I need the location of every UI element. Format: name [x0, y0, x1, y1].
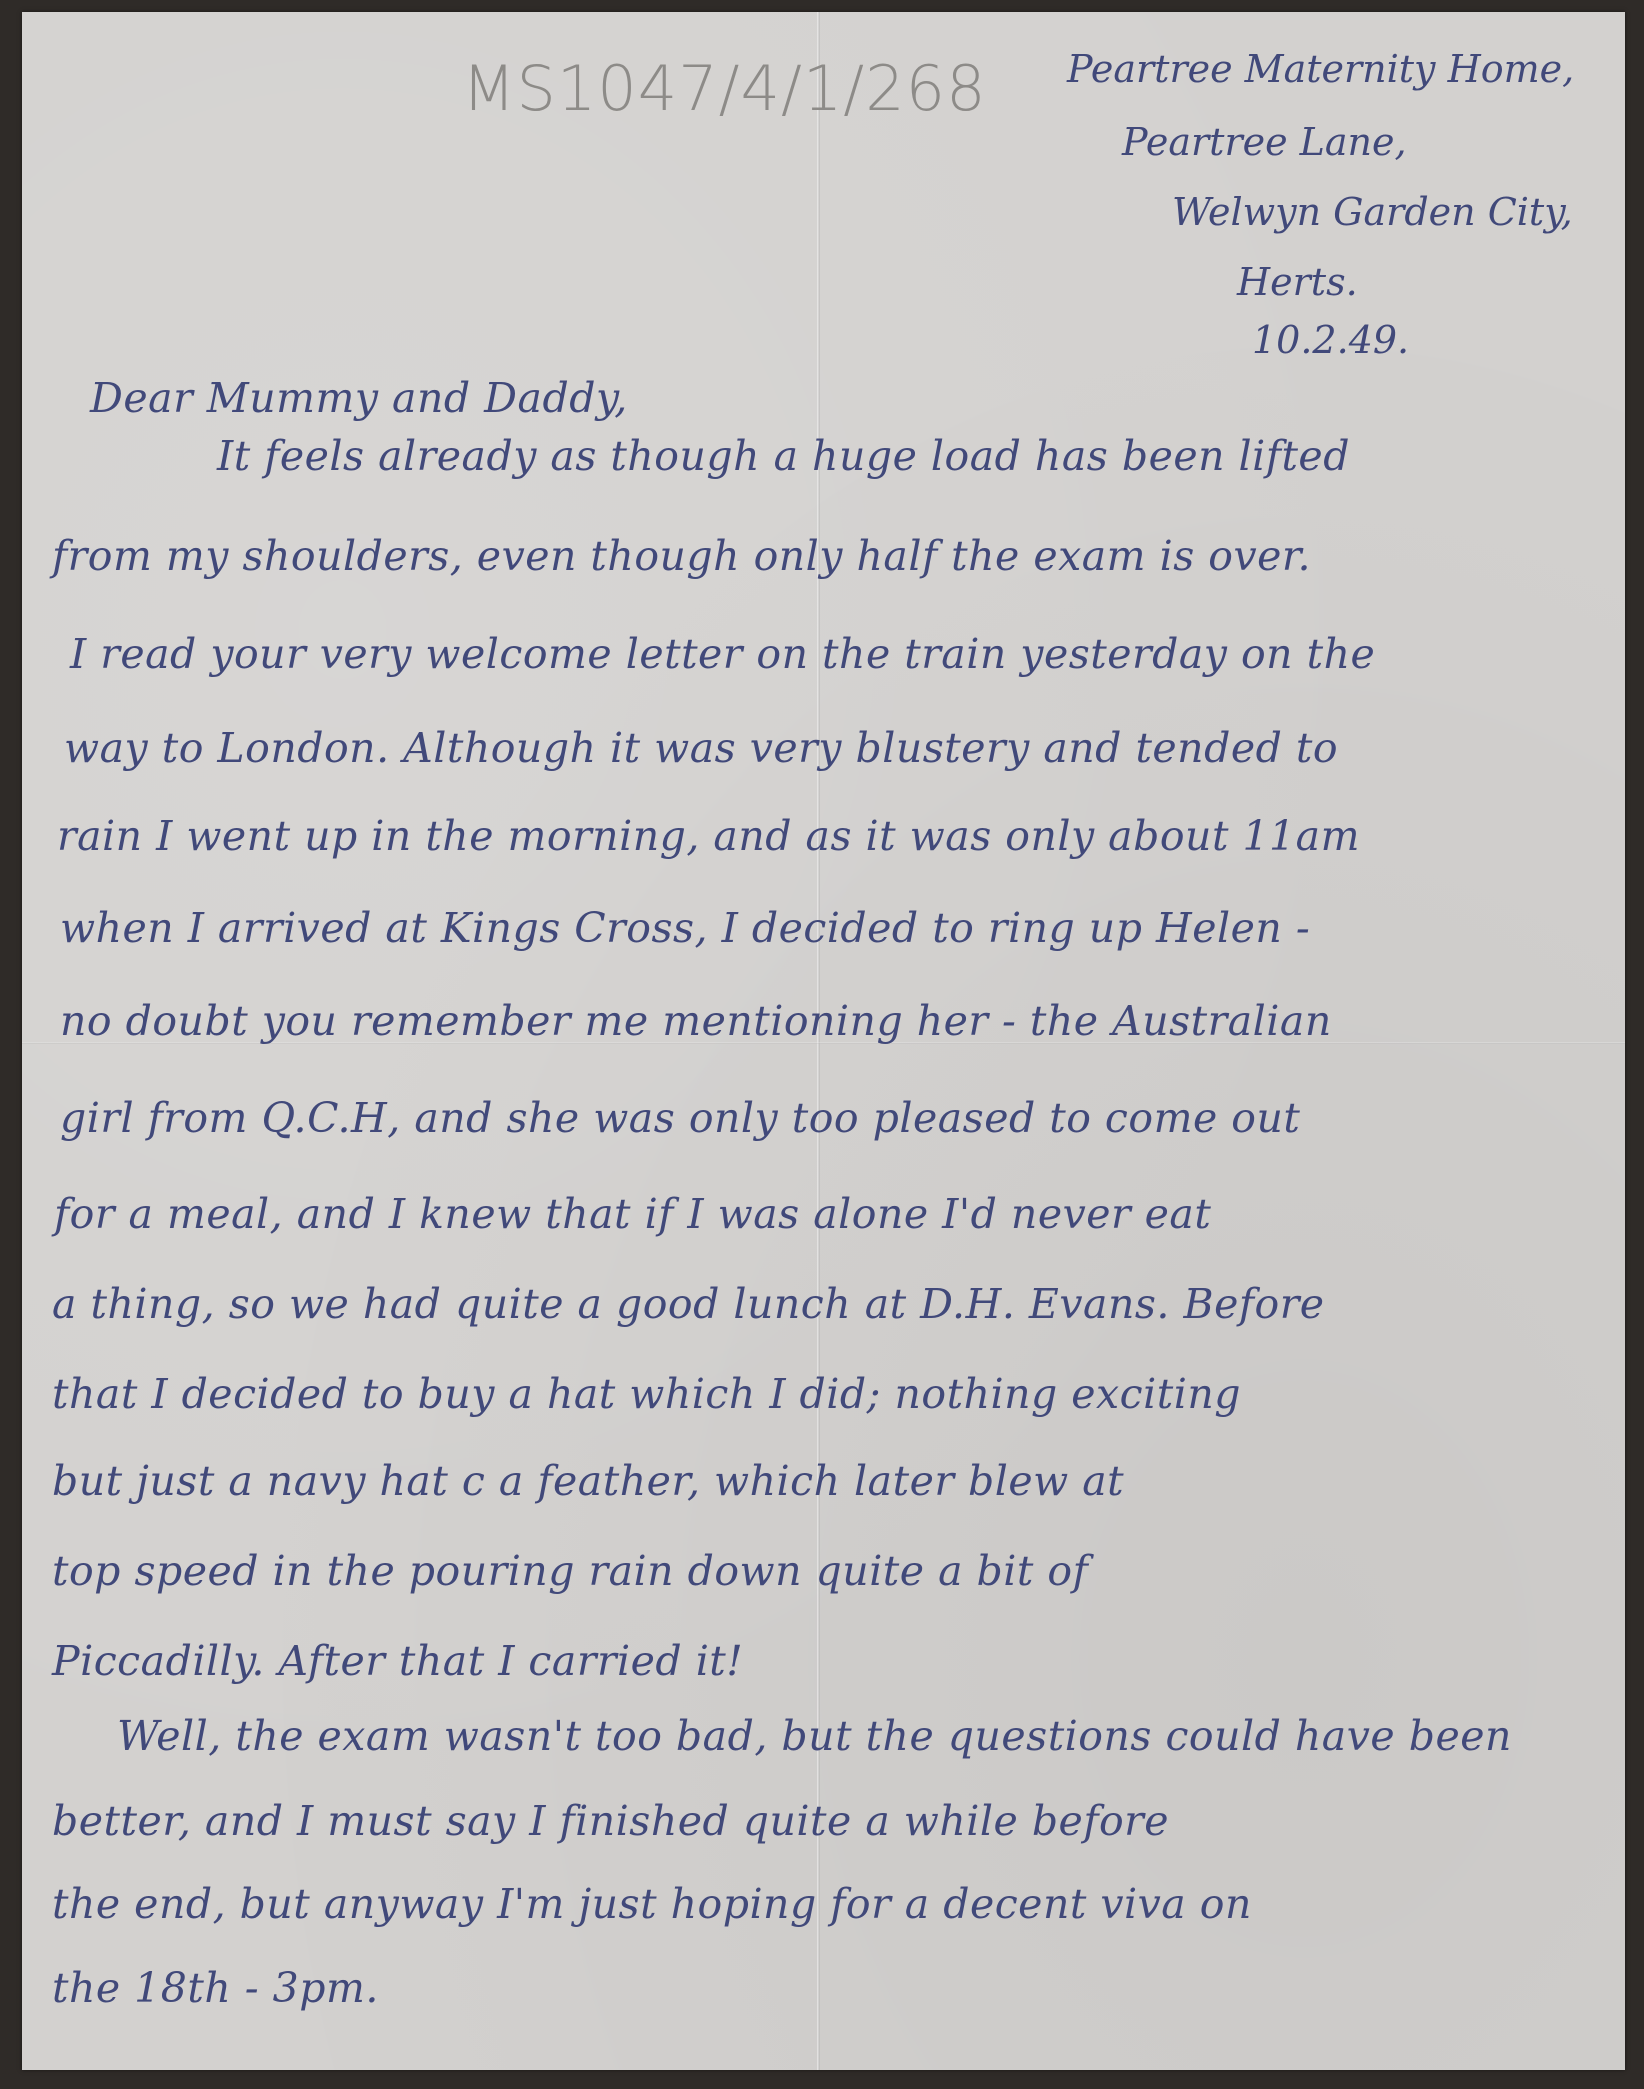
body-line: Piccadilly. After that I carried it!: [52, 1637, 743, 1685]
body-line: that I decided to buy a hat which I did;…: [52, 1370, 1241, 1418]
address-line-1: Peartree Maternity Home,: [1067, 47, 1574, 91]
body-line: but just a navy hat c a feather, which l…: [52, 1457, 1124, 1505]
body-line: from my shoulders, even though only half…: [52, 532, 1311, 580]
body-line: the 18th - 3pm.: [52, 1964, 379, 2012]
address-line-3: Welwyn Garden City,: [1172, 190, 1573, 234]
address-line-2: Peartree Lane,: [1122, 120, 1407, 164]
salutation: Dear Mummy and Daddy,: [90, 374, 628, 422]
body-line: for a meal, and I knew that if I was alo…: [54, 1190, 1211, 1238]
body-line: top speed in the pouring rain down quite…: [52, 1547, 1088, 1595]
address-line-4: Herts.: [1237, 260, 1358, 304]
body-line: It feels already as though a huge load h…: [217, 432, 1350, 480]
letter-page: MS1047/4/1/268 Peartree Maternity Home, …: [22, 12, 1625, 2070]
body-line: rain I went up in the morning, and as it…: [57, 812, 1360, 860]
body-line: Well, the exam wasn't too bad, but the q…: [117, 1712, 1512, 1760]
letter-date: 10.2.49.: [1252, 318, 1409, 362]
body-line: when I arrived at Kings Cross, I decided…: [60, 904, 1310, 952]
archive-reference: MS1047/4/1/268: [462, 52, 987, 125]
body-line: a thing, so we had quite a good lunch at…: [52, 1280, 1325, 1328]
body-line: girl from Q.C.H, and she was only too pl…: [60, 1094, 1300, 1142]
body-line: the end, but anyway I'm just hoping for …: [52, 1880, 1252, 1928]
body-line: no doubt you remember me mentioning her …: [60, 997, 1332, 1045]
body-line: better, and I must say I finished quite …: [52, 1797, 1169, 1845]
body-line: way to London. Although it was very blus…: [64, 724, 1338, 772]
body-line: I read your very welcome letter on the t…: [70, 630, 1375, 678]
